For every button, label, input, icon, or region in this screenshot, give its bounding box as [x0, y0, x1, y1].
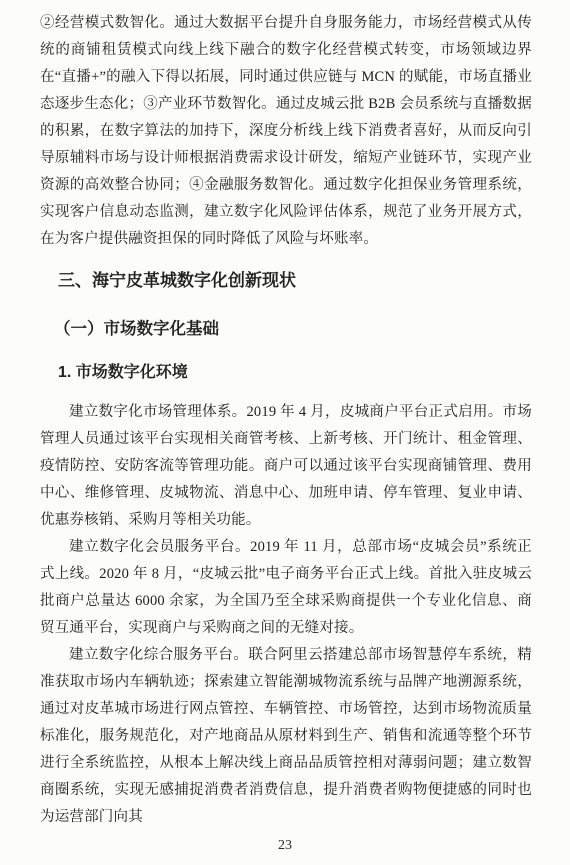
body-paragraph-1: 建立数字化市场管理体系。2019 年 4 月，皮城商户平台正式启用。市场管理人员…: [40, 399, 532, 534]
body-paragraph-2: 建立数字化会员服务平台。2019 年 11 月，总部市场“皮城会员”系统正式上线…: [40, 534, 532, 642]
page-number: 23: [0, 837, 570, 855]
continuation-paragraph: ②经营模式数智化。通过大数据平台提升自身服务能力，市场经营模式从传统的商铺租赁模…: [40, 10, 532, 253]
subsubsection-heading: 1. 市场数字化环境: [58, 361, 532, 385]
subsection-heading: （一）市场数字化基础: [54, 317, 532, 342]
body-paragraph-3: 建立数字化综合服务平台。联合阿里云搭建总部市场智慧停车系统，精准获取市场内车辆轨…: [40, 642, 532, 831]
document-page: ②经营模式数智化。通过大数据平台提升自身服务能力，市场经营模式从传统的商铺租赁模…: [0, 0, 570, 865]
section-heading: 三、海宁皮革城数字化创新现状: [58, 268, 532, 294]
document-content: ②经营模式数智化。通过大数据平台提升自身服务能力，市场经营模式从传统的商铺租赁模…: [0, 0, 570, 831]
